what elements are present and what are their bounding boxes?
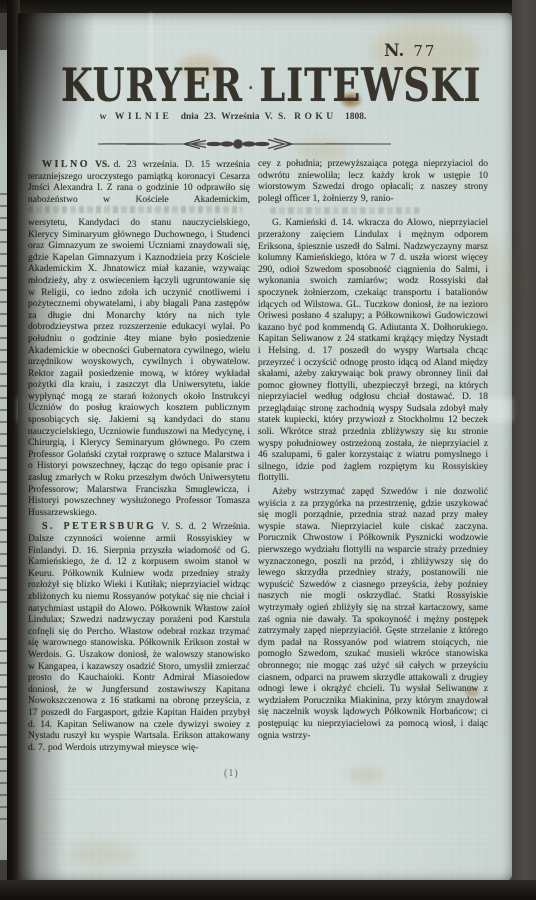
paragraph-text: V. S. d. 2 Września. Dalsze czynności wo… <box>28 522 250 752</box>
scan-bottom-edge <box>0 880 536 900</box>
paragraph-text: wersytetu, Kandydaci do stanu nauczyciel… <box>28 218 250 518</box>
paragraph-continuation: cey z południa; przewyższaiąca potęga ni… <box>258 159 488 205</box>
news-paragraph-petersburg: S. PETERSBURGV. S. d. 2 Września. Dalsze… <box>28 521 250 754</box>
scan-background: N.77 KURYER·LITEWSKI w WILNIE dnia 23. W… <box>0 0 536 900</box>
paragraph-text: Ażeby wstrzymać zapęd Szwedów i nie dozw… <box>258 487 488 740</box>
dateline-date: dnia 23. Września V. S. <box>181 112 286 122</box>
ornament-divider <box>96 137 393 151</box>
column-right: cey z południa; przewyższaiąca potęga ni… <box>258 159 488 742</box>
dateline-year: 1808. <box>345 112 366 122</box>
masthead-title: KURYER·LITEWSKI <box>61 63 405 110</box>
stain <box>66 841 136 867</box>
title-word-left: KURYER <box>61 58 243 112</box>
dateline-petersburg: S. PETERSBURG <box>42 521 156 532</box>
dateline-wilno: WILNO <box>42 159 90 170</box>
faded-illegible-line <box>270 207 420 214</box>
masthead-dateline: w WILNIE dnia 23. Września V. S. ROKU 18… <box>18 112 448 122</box>
page-signature-mark: (1) <box>224 768 239 779</box>
news-paragraph-wilno: WILNOVS.d. 23 września. D. 15 września t… <box>28 159 250 519</box>
column-left: WILNOVS.d. 23 września. D. 15 września t… <box>28 159 250 754</box>
paragraph-text: cey z południa; przewyższaiąca potęga ni… <box>258 159 488 204</box>
newspaper-page: N.77 KURYER·LITEWSKI w WILNIE dnia 23. W… <box>18 13 512 881</box>
dateline-pre: w <box>100 112 107 122</box>
stain <box>348 767 384 783</box>
title-separator: · <box>249 78 254 97</box>
news-paragraph-azeby: Ażeby wstrzymać zapęd Szwedów i nie dozw… <box>258 487 488 742</box>
news-paragraph-kamienski: G. Kamieński d. 14. wkracza do Alowo, ni… <box>258 218 488 485</box>
dateline-wilno-vs: VS. <box>95 160 110 170</box>
dateline-city: WILNIE <box>115 112 172 122</box>
title-word-right: LITEWSKI <box>259 58 481 112</box>
dateline-roku: ROKU <box>294 112 337 122</box>
scan-top-edge <box>0 0 536 13</box>
paragraph-text: G. Kamieński d. 14. wkracza do Alowo, ni… <box>258 218 488 483</box>
scan-right-backdrop <box>512 0 536 900</box>
reverse-side-showthrough <box>38 788 493 880</box>
faded-illegible-line <box>28 206 243 213</box>
